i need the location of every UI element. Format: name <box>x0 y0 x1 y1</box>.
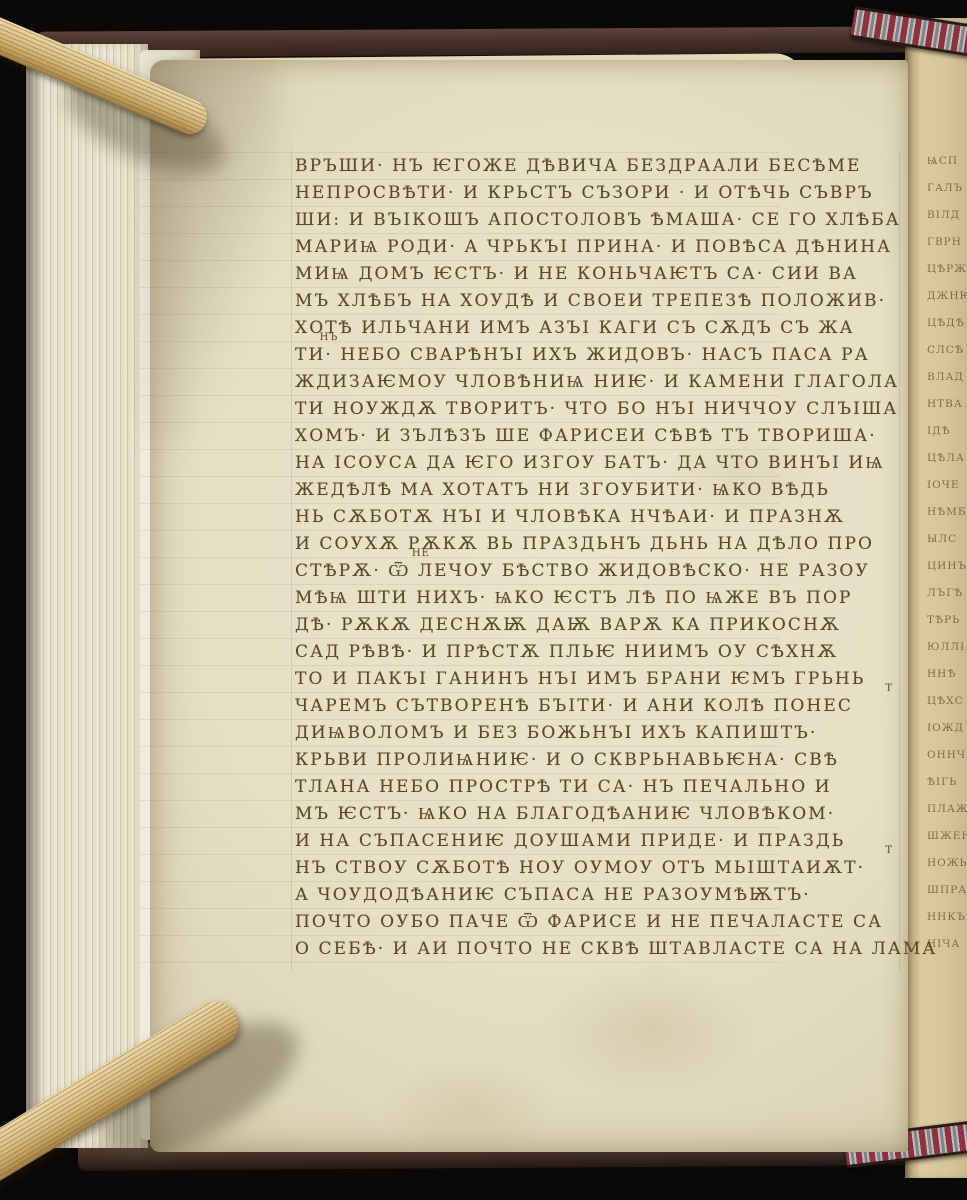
manuscript-line: ДИѨВОЛОМЪ И БЕЗ БОЖЬНЪІ ИХЪ КАПИШТЪ· <box>295 720 910 747</box>
fore-edge-text-fragment: ШПРА <box>927 877 967 904</box>
manuscript-line: ДѢ· РѪКѪ ДЕСНѪѬ ДАѬ ВАРѪ КА ПРИКОСНѪ <box>295 612 910 639</box>
page-edge-stack <box>26 44 148 1148</box>
fore-edge-text-fragment: ЦѢЛА <box>927 445 967 472</box>
fore-edge-text-fragment: ЦѢРЖ <box>927 256 967 283</box>
fore-edge-text-fragment: ІДѢ <box>927 418 967 445</box>
manuscript-line: ЖДИЗАѤМОУ ЧЛОВѢНИѨ НИѤ· И КАМЕНИ ГЛАГОЛА <box>295 369 910 396</box>
superscript-correction: НЕ <box>412 549 430 559</box>
manuscript-line: МАРИѨ РОДИ· А ЧРЬКЪІ ПРИНА· И ПОВѢСА ДѢН… <box>295 234 910 261</box>
fore-edge-text-fragment: ТѢРЬ <box>927 607 967 634</box>
fore-edge-text-fragment: ШЖЕН <box>927 823 967 850</box>
fore-edge-pages: ѨСПГАЛЪВІЛДГВРНЦѢРЖДЖНѤЦѢДѢСЛСѢВЛАДНТВАІ… <box>905 18 967 1178</box>
manuscript-line: НЕПРОСВѢТИ· И КРЬСТЪ СЪЗОРИ · И ОТѢЧЬ СЪ… <box>295 180 910 207</box>
manuscript-line: ТИ· НЕБО СВАРѢНЪІ ИХЪ ЖИДОВЪ· НАСЪ ПАСА … <box>295 342 910 369</box>
fore-edge-text-fragment: ВЛАД <box>927 364 967 391</box>
manuscript-line: НА ІСОУСА ДА ѤГО ИЗГОУ БАТЪ· ДА ЧТО ВИНЪ… <box>295 450 910 477</box>
margin-rule-left <box>291 150 292 972</box>
manuscript-line: НЬ СѪБОТѪ НЪІ И ЧЛОВѢКА НЧѢАИ· И ПРАЗНѪ <box>295 504 910 531</box>
manuscript-line: ХОТѢ ИЛЬЧАНИ ИМЪ АЗЪІ КАГИ СЪ СѪДЪ СЪ ЖА <box>295 315 910 342</box>
fore-edge-text-fragment: ПЛАЖ <box>927 796 967 823</box>
fore-edge-text-fragment: ѢІГЬ <box>927 769 967 796</box>
manuscript-line: ЖЕДѢЛѢ МА ХОТАТЪ НИ ЗГОУБИТИ· ѨКО ВѢДЬ <box>295 477 910 504</box>
manuscript-line: МЪ ѤСТЪ· ѨКО НА БЛАГОДѢАНИѤ ЧЛОВѢКОМ· <box>295 801 910 828</box>
fore-edge-text-column: ѨСПГАЛЪВІЛДГВРНЦѢРЖДЖНѤЦѢДѢСЛСѢВЛАДНТВАІ… <box>927 148 967 958</box>
fore-edge-text-fragment: ЦѢХС <box>927 688 967 715</box>
fore-edge-text-fragment: ГАЛЪ <box>927 175 967 202</box>
manuscript-line: ВРЪШИ· НЪ ѤГОЖЕ ДѢВИЧА БЕЗДРААЛИ БЕСѢМЕ <box>295 153 910 180</box>
fore-edge-text-fragment: ДЖНѤ <box>927 283 967 310</box>
superscript-correction: Т <box>885 846 893 856</box>
fore-edge-text-fragment: ВІЛД <box>927 202 967 229</box>
fore-edge-text-fragment: ОННЧ <box>927 742 967 769</box>
fore-edge-text-fragment: ГВРН <box>927 229 967 256</box>
fore-edge-text-fragment: НОЖЬ <box>927 850 967 877</box>
manuscript-line: А ЧОУДОДѢАНИѤ СЪПАСА НЕ РАЗОУМѢѬТЪ· <box>295 882 910 909</box>
fore-edge-text-fragment: НТВА <box>927 391 967 418</box>
manuscript-line: И НА СЪПАСЕНИѤ ДОУШАМИ ПРИДЕ· И ПРАЗДЬ <box>295 828 910 855</box>
manuscript-line: И СОУХѪ РѪКѪ ВЬ ПРАЗДЬНЪ ДЬНЬ НА ДѢЛО ПР… <box>295 531 910 558</box>
fore-edge-text-fragment: ЛЪГѢ <box>927 580 967 607</box>
fore-edge-text-fragment: ІОЧЕ <box>927 472 967 499</box>
manuscript-line: МѢѨ ШТИ НИХЪ· ѨКО ѤСТЪ ЛѢ ПО ѨЖЕ ВЪ ПОР <box>295 585 910 612</box>
fore-edge-text-fragment: НѢМБ <box>927 499 967 526</box>
fore-edge-text-fragment: ННКЪ <box>927 904 967 931</box>
manuscript-line: ХОМЪ· И ЗЪЛѢЗЪ ШЕ ФАРИСЕИ СѢВѢ ТЪ ТВОРИШ… <box>295 423 910 450</box>
manuscript-line: СТѢРѪ· Ѿ ЛЕЧОУ БѢСТВО ЖИДОВѢСКО· НЕ РАЗО… <box>295 558 910 585</box>
superscript-correction: НЪ <box>320 333 339 343</box>
manuscript-line: КРЬВИ ПРОЛИѨНИѤ· И О СКВРЬНАВЬѤНА· СВѢ <box>295 747 910 774</box>
manuscript-line: ТИ НОУЖДѪ ТВОРИТЪ· ЧТО БО НЪІ НИЧЧОУ СЛЪ… <box>295 396 910 423</box>
superscript-correction: Т <box>885 684 893 694</box>
fore-edge-text-fragment: ЮЛЛІ <box>927 634 967 661</box>
fore-edge-text-fragment: ННѢ <box>927 661 967 688</box>
manuscript-line: ТЛАНА НЕБО ПРОСТРѢ ТИ СА· НЪ ПЕЧАЛЬНО И <box>295 774 910 801</box>
manuscript-line: САД РѢВѢ· И ПРѢСТѪ ПЛЬѤ НИИМЪ ОУ СѢХНѪ <box>295 639 910 666</box>
manuscript-line: НЪ СТВОУ СѪБОТѢ НОУ ОУМОУ ОТЪ МЬІШТАИѪТ·… <box>295 855 910 882</box>
manuscript-line: О СЕБѢ· И АИ ПОЧТО НЕ СКВѢ ШТАВЛАСТЕ СА … <box>295 936 910 963</box>
manuscript-line: ПОЧТО ОУБО ПАЧЕ Ѿ ФАРИСЕ И НЕ ПЕЧАЛАСТЕ … <box>295 909 910 936</box>
manuscript-line: ЧАРЕМЪ СЪТВОРЕНѢ БЪІТИ· И АНИ КОЛѢ ПОНЕС… <box>295 693 910 720</box>
fore-edge-text-fragment: ІОЖД <box>927 715 967 742</box>
manuscript-line: ШИ: И ВЪІКОШЪ АПОСТОЛОВЪ ѢМАША· СЕ ГО ХЛ… <box>295 207 910 234</box>
manuscript-line: МЪ ХЛѢБЪ НА ХОУДѢ И СВОЕИ ТРЕПЕЗѢ ПОЛОЖИ… <box>295 288 910 315</box>
fore-edge-text-fragment: ЦИНЪ <box>927 553 967 580</box>
fore-edge-text-fragment: ЦѢДѢ <box>927 310 967 337</box>
fore-edge-text-fragment: СЛСѢ <box>927 337 967 364</box>
manuscript-line: ТО И ПАКЪІ ГАНИНЪ НЪІ ИМЪ БРАНИ ѤМЪ ГРЬН… <box>295 666 910 693</box>
fore-edge-text-fragment: ЫЛС <box>927 526 967 553</box>
manuscript-photo: ѨСПГАЛЪВІЛДГВРНЦѢРЖДЖНѤЦѢДѢСЛСѢВЛАДНТВАІ… <box>0 0 967 1200</box>
text-block: ВРЪШИ· НЪ ѤГОЖЕ ДѢВИЧА БЕЗДРААЛИ БЕСѢМЕН… <box>295 153 910 963</box>
fore-edge-text-fragment: ѨСП <box>927 148 967 175</box>
manuscript-line: МИѨ ДОМЪ ѤСТЪ· И НЕ КОНЬЧАѤТЪ СА· СИИ ВА <box>295 261 910 288</box>
